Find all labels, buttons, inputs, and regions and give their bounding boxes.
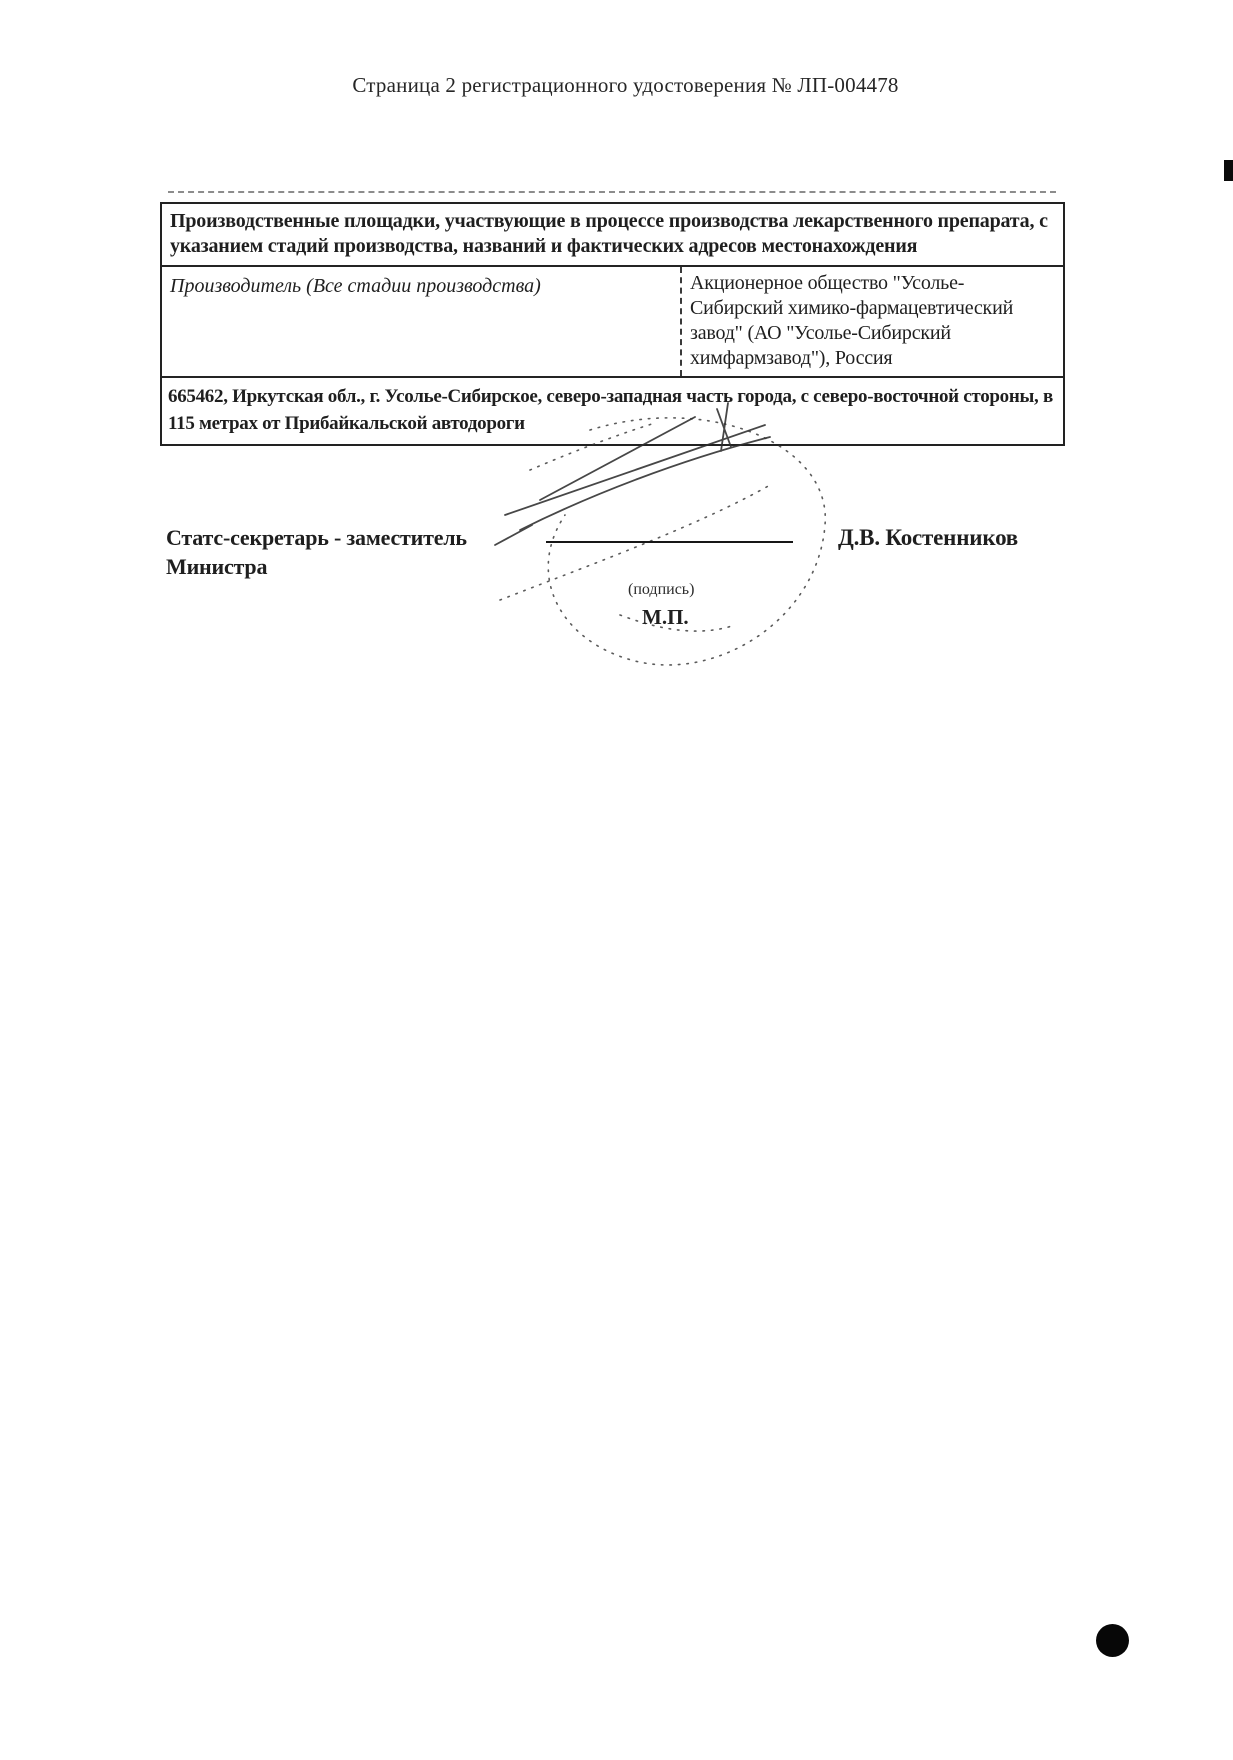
producer-address-cell: 665462, Иркутская обл., г. Усолье-Сибирс… [162, 378, 1063, 444]
page-title: Страница 2 регистрационного удостоверени… [0, 70, 1233, 100]
signer-name: Д.В. Костенников [838, 522, 1018, 553]
stamp-placeholder: М.П. [642, 604, 689, 630]
punch-hole-dot [1096, 1624, 1129, 1657]
producer-role-cell: Производитель (Все стадии производства) [162, 267, 682, 376]
signer-position-title: Статс-секретарь - заместитель Министра [166, 523, 518, 581]
production-sites-table: Производственные площадки, участвующие в… [160, 202, 1065, 446]
scan-edge-artifact [1224, 160, 1233, 181]
signature-caption: (подпись) [628, 580, 694, 600]
table-row-producer: Производитель (Все стадии производства) … [162, 267, 1063, 378]
scan-artifact-line [168, 191, 1056, 193]
producer-company-cell: Акционерное общество "Усолье-Сибирский х… [682, 267, 1063, 376]
scanned-document-page: Страница 2 регистрационного удостоверени… [0, 0, 1233, 1760]
table-header-cell: Производственные площадки, участвующие в… [162, 204, 1063, 267]
signature-line [546, 541, 793, 543]
